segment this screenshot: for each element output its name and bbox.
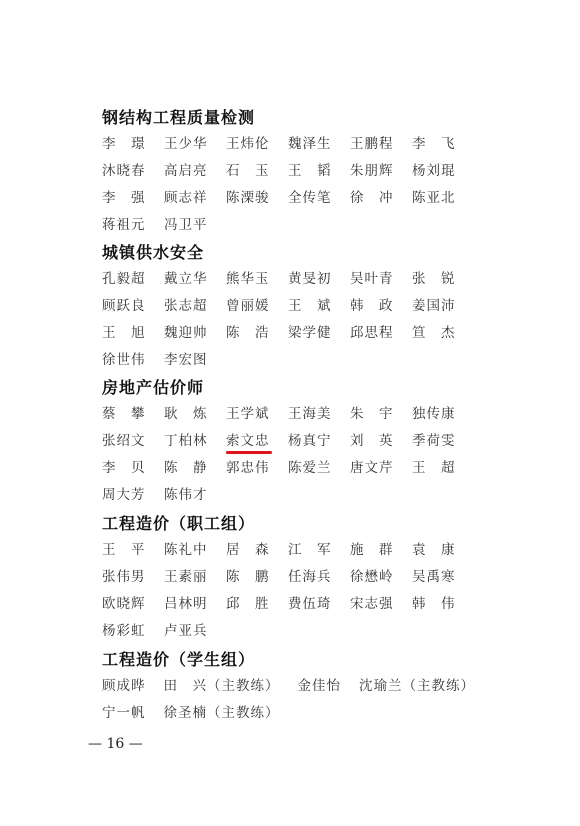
name: 顾跃良 <box>102 293 164 320</box>
name: 田 兴（主教练） <box>164 673 280 700</box>
name: 高启亮 <box>164 158 226 185</box>
name: 宁一帆 <box>102 700 146 727</box>
name: 姜国沛 <box>412 293 474 320</box>
section-cost-engineering-staff: 工程造价（职工组） 王 平 陈礼中 居 森 江 军 施 群 袁 康 张伟男 王素… <box>102 510 472 645</box>
name: 陈 鹏 <box>226 564 288 591</box>
name-grid: 孔毅超 戴立华 熊华玉 黄旻初 吴叶青 张 锐 顾跃良 张志超 曾丽媛 王 斌 … <box>102 266 472 374</box>
name: 笪 杰 <box>412 320 474 347</box>
name: 王少华 <box>164 131 226 158</box>
name: 徐世伟 <box>102 347 164 374</box>
name: 耿 炼 <box>164 401 226 428</box>
name: 徐圣楠（主教练） <box>164 700 280 727</box>
name: 戴立华 <box>164 266 226 293</box>
section-steel-structure: 钢结构工程质量检测 李 璟 王少华 王炜伦 魏泽生 王鹏程 李 飞 沐晓春 高启… <box>102 104 472 239</box>
name: 袁 康 <box>412 537 474 564</box>
name: 朱 宇 <box>350 401 412 428</box>
name: 王 旭 <box>102 320 164 347</box>
name: 费伍琦 <box>288 591 350 618</box>
name: 丁柏林 <box>164 428 226 455</box>
section-title: 钢结构工程质量检测 <box>102 104 472 131</box>
name: 沈瑜兰（主教练） <box>359 673 475 700</box>
name: 张伟男 <box>102 564 164 591</box>
section-title: 工程造价（学生组） <box>102 646 502 673</box>
name: 陈礼中 <box>164 537 226 564</box>
name: 张志超 <box>164 293 226 320</box>
name: 曾丽媛 <box>226 293 288 320</box>
name: 邱 胜 <box>226 591 288 618</box>
name: 居 森 <box>226 537 288 564</box>
name: 杨刘琨 <box>412 158 474 185</box>
page-number: — 16 — <box>88 736 143 752</box>
name: 邱思程 <box>350 320 412 347</box>
name: 王海美 <box>288 401 350 428</box>
name: 蒋祖元 <box>102 212 164 239</box>
name: 沐晓春 <box>102 158 164 185</box>
section-title: 工程造价（职工组） <box>102 510 472 537</box>
name: 王炜伦 <box>226 131 288 158</box>
name: 王鹏程 <box>350 131 412 158</box>
name: 周大芳 <box>102 482 164 509</box>
name: 顾成晔 <box>102 673 146 700</box>
name-grid: 蔡 攀 耿 炼 王学斌 王海美 朱 宇 独传康 张绍文 丁柏林 索文忠 杨真宁 … <box>102 401 472 509</box>
name: 魏迎帅 <box>164 320 226 347</box>
name: 韩 政 <box>350 293 412 320</box>
name: 梁学健 <box>288 320 350 347</box>
name: 王 斌 <box>288 293 350 320</box>
name: 吴叶青 <box>350 266 412 293</box>
name: 吕林明 <box>164 591 226 618</box>
name: 张绍文 <box>102 428 164 455</box>
name: 陈伟才 <box>164 482 226 509</box>
name: 金佳怡 <box>298 673 342 700</box>
name: 陈 浩 <box>226 320 288 347</box>
name: 李 贝 <box>102 455 164 482</box>
name: 顾志祥 <box>164 185 226 212</box>
name-grid: 王 平 陈礼中 居 森 江 军 施 群 袁 康 张伟男 王素丽 陈 鹏 任海兵 … <box>102 537 472 645</box>
name: 王学斌 <box>226 401 288 428</box>
name: 全传笔 <box>288 185 350 212</box>
highlighted-name: 索文忠 <box>226 428 288 455</box>
name: 李 强 <box>102 185 164 212</box>
name: 施 群 <box>350 537 412 564</box>
name: 唐文芹 <box>350 455 412 482</box>
section-title: 城镇供水安全 <box>102 239 472 266</box>
section-water-supply: 城镇供水安全 孔毅超 戴立华 熊华玉 黄旻初 吴叶青 张 锐 顾跃良 张志超 曾… <box>102 239 472 374</box>
name: 张 锐 <box>412 266 474 293</box>
name: 陈溧骏 <box>226 185 288 212</box>
name: 季荷雯 <box>412 428 474 455</box>
name: 孔毅超 <box>102 266 164 293</box>
name: 韩 伟 <box>412 591 474 618</box>
name: 吴禹寒 <box>412 564 474 591</box>
name: 宋志强 <box>350 591 412 618</box>
name: 冯卫平 <box>164 212 226 239</box>
name: 陈 静 <box>164 455 226 482</box>
name: 王 超 <box>412 455 474 482</box>
student-row: 宁一帆 徐圣楠（主教练） <box>102 700 502 727</box>
name: 欧晓辉 <box>102 591 164 618</box>
name-grid: 李 璟 王少华 王炜伦 魏泽生 王鹏程 李 飞 沐晓春 高启亮 石 玉 王 韬 … <box>102 131 472 239</box>
name: 徐 冲 <box>350 185 412 212</box>
document-page: 钢结构工程质量检测 李 璟 王少华 王炜伦 魏泽生 王鹏程 李 飞 沐晓春 高启… <box>0 0 580 826</box>
name: 王素丽 <box>164 564 226 591</box>
name: 李宏图 <box>164 347 226 374</box>
name: 熊华玉 <box>226 266 288 293</box>
name: 蔡 攀 <box>102 401 164 428</box>
name: 杨真宁 <box>288 428 350 455</box>
name: 魏泽生 <box>288 131 350 158</box>
name: 任海兵 <box>288 564 350 591</box>
name: 卢亚兵 <box>164 618 226 645</box>
student-row: 顾成晔 田 兴（主教练） 金佳怡 沈瑜兰（主教练） <box>102 673 502 700</box>
name: 杨彩虹 <box>102 618 164 645</box>
section-title: 房地产估价师 <box>102 374 472 401</box>
section-cost-engineering-students: 工程造价（学生组） 顾成晔 田 兴（主教练） 金佳怡 沈瑜兰（主教练） 宁一帆 … <box>102 646 502 727</box>
name: 石 玉 <box>226 158 288 185</box>
name: 刘 英 <box>350 428 412 455</box>
name: 徐懋岭 <box>350 564 412 591</box>
name: 李 飞 <box>412 131 474 158</box>
name: 郭忠伟 <box>226 455 288 482</box>
name: 黄旻初 <box>288 266 350 293</box>
name: 独传康 <box>412 401 474 428</box>
name: 江 军 <box>288 537 350 564</box>
name: 李 璟 <box>102 131 164 158</box>
name: 王 平 <box>102 537 164 564</box>
name: 陈亚北 <box>412 185 474 212</box>
name: 朱朋辉 <box>350 158 412 185</box>
name: 陈爱兰 <box>288 455 350 482</box>
name: 王 韬 <box>288 158 350 185</box>
section-real-estate-appraiser: 房地产估价师 蔡 攀 耿 炼 王学斌 王海美 朱 宇 独传康 张绍文 丁柏林 索… <box>102 374 472 509</box>
